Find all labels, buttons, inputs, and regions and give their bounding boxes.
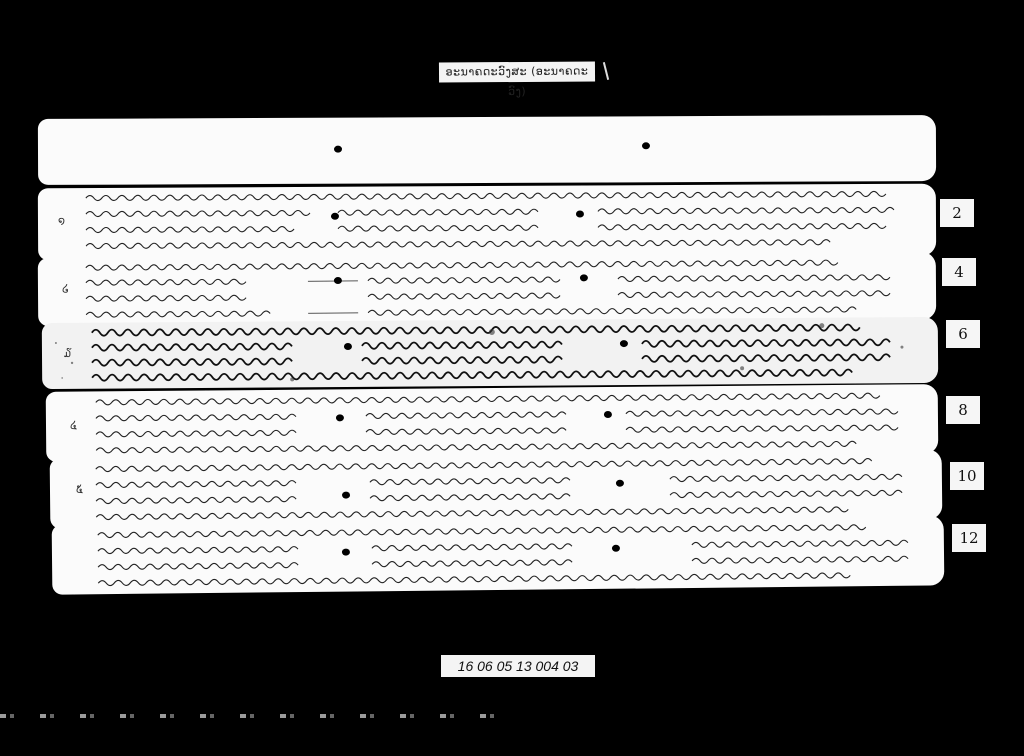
palm-leaf-cover — [38, 115, 936, 185]
page-number-tag: 2 — [940, 199, 974, 227]
script-lines — [52, 515, 945, 594]
page-number-tag: 10 — [950, 462, 984, 490]
page-number-tag: 4 — [942, 258, 976, 286]
palm-leaf-page: ໒ — [38, 252, 936, 326]
scan-mark — [603, 62, 609, 80]
binding-hole-left — [342, 549, 350, 556]
binding-hole-right — [580, 274, 588, 281]
manuscript-title-label: ອະນາຄດະວົງສະ (ອະນາຄດະວົງ) — [439, 61, 595, 82]
page-number-tag: 8 — [946, 396, 980, 424]
script-lines — [42, 317, 938, 389]
leaf-side-number: ໔ — [70, 419, 77, 432]
leaf-side-number: ໒ — [62, 282, 69, 295]
page-number-tag: 12 — [952, 524, 986, 552]
page-number-tag: 6 — [946, 320, 980, 348]
binding-hole-right — [612, 545, 620, 552]
binding-hole-left — [342, 492, 350, 499]
leaf-side-number: ໓ — [64, 347, 71, 360]
binding-hole-left — [334, 146, 342, 153]
script-lines — [38, 252, 936, 326]
document-id-label: 16 06 05 13 004 03 — [441, 655, 595, 677]
scan-artifact-line — [0, 714, 512, 718]
binding-hole-right — [642, 142, 650, 149]
leaf-side-number: ໑ — [58, 214, 65, 227]
binding-hole-right — [620, 340, 628, 347]
script-lines — [38, 184, 936, 261]
leaf-side-number: ໕ — [76, 482, 83, 495]
binding-hole-left — [336, 414, 344, 421]
binding-hole-left — [344, 343, 352, 350]
palm-leaf-page: ໓ — [42, 317, 938, 389]
binding-hole-right — [604, 411, 612, 418]
palm-leaf-page — [52, 515, 945, 594]
palm-leaf-page: ໑ — [38, 184, 936, 261]
binding-hole-right — [616, 480, 624, 487]
binding-hole-right — [576, 210, 584, 217]
binding-hole-left — [331, 213, 339, 220]
binding-hole-left — [334, 277, 342, 284]
